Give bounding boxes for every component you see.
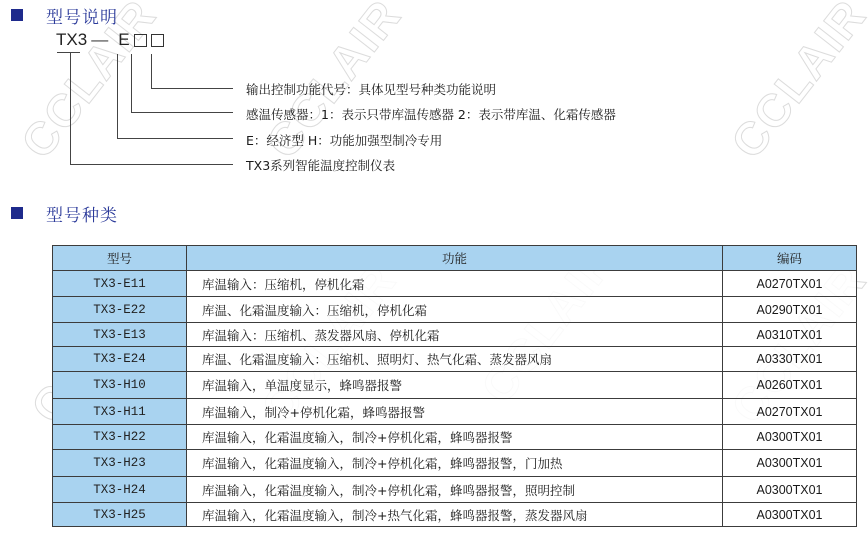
diagram-line: [131, 112, 233, 113]
legend-series: TX3系列智能温度控制仪表: [246, 156, 395, 174]
cell-function: 库温输入，化霜温度输入，制冷+停机化霜，蜂鸣器报警，门加热: [187, 450, 723, 477]
legend-output-control: 输出控制功能代号：具体见型号种类功能说明: [246, 80, 496, 98]
column-header-code: 编码: [723, 246, 857, 271]
cell-code: A0260TX01: [723, 372, 857, 399]
cell-model: TX3-E11: [53, 271, 187, 297]
cell-model: TX3-E13: [53, 323, 187, 347]
code-prefix: TX3: [56, 30, 87, 50]
cell-code: A0300TX01: [723, 425, 857, 450]
column-header-function: 功能: [187, 246, 723, 271]
cell-code: A0300TX01: [723, 477, 857, 503]
cell-function: 库温输入，化霜温度输入，制冷+热气化霜，蜂鸣器报警，蒸发器风扇: [187, 503, 723, 527]
cell-model: TX3-E24: [53, 347, 187, 372]
cell-function: 库温输入，单温度显示，蜂鸣器报警: [187, 372, 723, 399]
diagram-line: [131, 54, 132, 113]
model-code-pattern: TX3 — E: [56, 30, 164, 50]
cell-model: TX3-H23: [53, 450, 187, 477]
code-dash: —: [91, 30, 108, 50]
legend-sensor: 感温传感器：1：表示只带库温传感器 2：表示带库温、化霜传感器: [246, 105, 616, 123]
section-heading-model-description: 型号说明: [11, 3, 118, 27]
cell-code: A0270TX01: [723, 271, 857, 297]
watermark: CCLAIR: [720, 0, 868, 168]
diagram-line: [151, 88, 233, 89]
model-types-table: 型号 功能 编码 TX3-E11 库温输入：压缩机，停机化霜 A0270TX01…: [52, 245, 857, 527]
cell-function: 库温、化霜温度输入：压缩机、照明灯、热气化霜、蒸发器风扇: [187, 347, 723, 372]
cell-code: A0270TX01: [723, 399, 857, 425]
cell-function: 库温输入：压缩机，停机化霜: [187, 271, 723, 297]
cell-model: TX3-H11: [53, 399, 187, 425]
section-title: 型号说明: [46, 3, 118, 28]
cell-function: 库温输入：压缩机、蒸发器风扇、停机化霜: [187, 323, 723, 347]
section-title: 型号种类: [46, 201, 118, 226]
table-row: TX3-H25 库温输入，化霜温度输入，制冷+热气化霜，蜂鸣器报警，蒸发器风扇 …: [53, 503, 857, 527]
table-row: TX3-H22 库温输入，化霜温度输入，制冷+停机化霜，蜂鸣器报警 A0300T…: [53, 425, 857, 450]
cell-model: TX3-H10: [53, 372, 187, 399]
diagram-line: [70, 52, 71, 165]
table-row: TX3-H10 库温输入，单温度显示，蜂鸣器报警 A0260TX01: [53, 372, 857, 399]
table-row: TX3-E13 库温输入：压缩机、蒸发器风扇、停机化霜 A0310TX01: [53, 323, 857, 347]
legend-type: E：经济型 H：功能加强型制冷专用: [246, 131, 442, 149]
table-row: TX3-E22 库温、化霜温度输入：压缩机，停机化霜 A0290TX01: [53, 297, 857, 323]
square-bullet-icon: [11, 207, 23, 219]
cell-code: A0330TX01: [723, 347, 857, 372]
diagram-line: [70, 164, 233, 165]
diagram-line: [151, 54, 152, 89]
cell-function: 库温输入，化霜温度输入，制冷+停机化霜，蜂鸣器报警: [187, 425, 723, 450]
section-heading-model-types: 型号种类: [11, 201, 118, 225]
cell-function: 库温、化霜温度输入：压缩机，停机化霜: [187, 297, 723, 323]
placeholder-box-icon: [134, 34, 147, 47]
cell-model: TX3-E22: [53, 297, 187, 323]
cell-code: A0290TX01: [723, 297, 857, 323]
diagram-line: [117, 54, 118, 139]
table-row: TX3-H24 库温输入，化霜温度输入，制冷+停机化霜，蜂鸣器报警，照明控制 A…: [53, 477, 857, 503]
cell-function: 库温输入，化霜温度输入，制冷+停机化霜，蜂鸣器报警，照明控制: [187, 477, 723, 503]
table-row: TX3-E24 库温、化霜温度输入：压缩机、照明灯、热气化霜、蒸发器风扇 A03…: [53, 347, 857, 372]
cell-function: 库温输入，制冷+停机化霜，蜂鸣器报警: [187, 399, 723, 425]
cell-model: TX3-H22: [53, 425, 187, 450]
table-row: TX3-H11 库温输入，制冷+停机化霜，蜂鸣器报警 A0270TX01: [53, 399, 857, 425]
placeholder-box-icon: [151, 34, 164, 47]
square-bullet-icon: [11, 9, 23, 21]
diagram-line: [57, 52, 80, 53]
column-header-model: 型号: [53, 246, 187, 271]
cell-code: A0300TX01: [723, 503, 857, 527]
diagram-line: [117, 138, 233, 139]
cell-code: A0300TX01: [723, 450, 857, 477]
table-row: TX3-E11 库温输入：压缩机，停机化霜 A0270TX01: [53, 271, 857, 297]
table-row: TX3-H23 库温输入，化霜温度输入，制冷+停机化霜，蜂鸣器报警，门加热 A0…: [53, 450, 857, 477]
table-header-row: 型号 功能 编码: [53, 246, 857, 271]
code-letter: E: [118, 30, 129, 50]
cell-model: TX3-H25: [53, 503, 187, 527]
cell-code: A0310TX01: [723, 323, 857, 347]
cell-model: TX3-H24: [53, 477, 187, 503]
